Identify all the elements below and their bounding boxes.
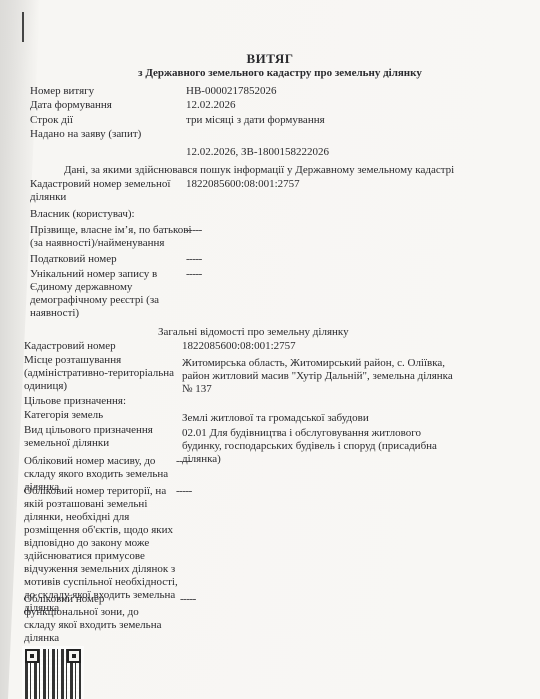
margin-mark xyxy=(22,12,24,42)
field-label: Власник (користувач): xyxy=(30,208,190,221)
field-label: Податковий номер xyxy=(30,253,190,266)
field-label: Категорія земель xyxy=(24,409,184,422)
field-label: Місце розташування (адміністративно-тери… xyxy=(24,354,174,393)
field-label: Цільове призначення: xyxy=(24,395,184,408)
field-value: ----- xyxy=(176,485,506,498)
general-section-heading: Загальні відомості про земельну ділянку xyxy=(158,326,458,339)
field-label: Строк дії xyxy=(30,114,170,127)
field-value: ----- xyxy=(186,253,516,266)
field-label: Вид цільового призначення земельної діля… xyxy=(24,424,164,450)
document-subtitle: з Державного земельного кадастру про зем… xyxy=(0,67,540,79)
field-value: ----- xyxy=(186,224,516,237)
field-value: 12.02.2026 xyxy=(186,99,516,112)
field-label: Номер витягу xyxy=(30,85,170,98)
field-label: Кадастровий номер земельної ділянки xyxy=(30,178,190,204)
field-value: 1822085600:08:001:2757 xyxy=(182,340,512,353)
field-value: 1822085600:08:001:2757 xyxy=(186,178,516,191)
field-label: Кадастровий номер xyxy=(24,340,184,353)
field-label: Надано на заяву (запит) xyxy=(30,128,230,141)
document-page: ВИТЯГ з Державного земельного кадастру п… xyxy=(0,0,540,699)
qr-finder-top-right xyxy=(67,649,81,663)
field-value: три місяці з дати формування xyxy=(186,114,516,127)
qr-finder-top-left xyxy=(25,649,39,663)
document-title: ВИТЯГ xyxy=(0,51,540,67)
field-value: НВ-0000217852026 xyxy=(186,85,516,98)
field-value: ----- xyxy=(180,593,510,606)
field-value: ----- xyxy=(186,268,516,281)
field-value: Житомирська область, Житомирський район,… xyxy=(182,357,462,396)
field-label: Дата формування xyxy=(30,99,170,112)
field-label: Прізвище, власне ім’я, по батькові (за н… xyxy=(30,224,195,250)
field-label: Обліковий номер функціональної зони, до … xyxy=(24,593,172,645)
search-section-heading: Дані, за якими здійснювався пошук інформ… xyxy=(64,164,534,177)
field-value: ----- xyxy=(176,455,506,468)
qr-code-icon xyxy=(25,649,81,699)
field-value: Землі житлової та громадської забудови xyxy=(182,412,512,425)
field-label: Унікальний номер запису в Єдиному держав… xyxy=(30,268,165,320)
field-value: 12.02.2026, ЗВ-1800158222026 xyxy=(186,146,516,159)
